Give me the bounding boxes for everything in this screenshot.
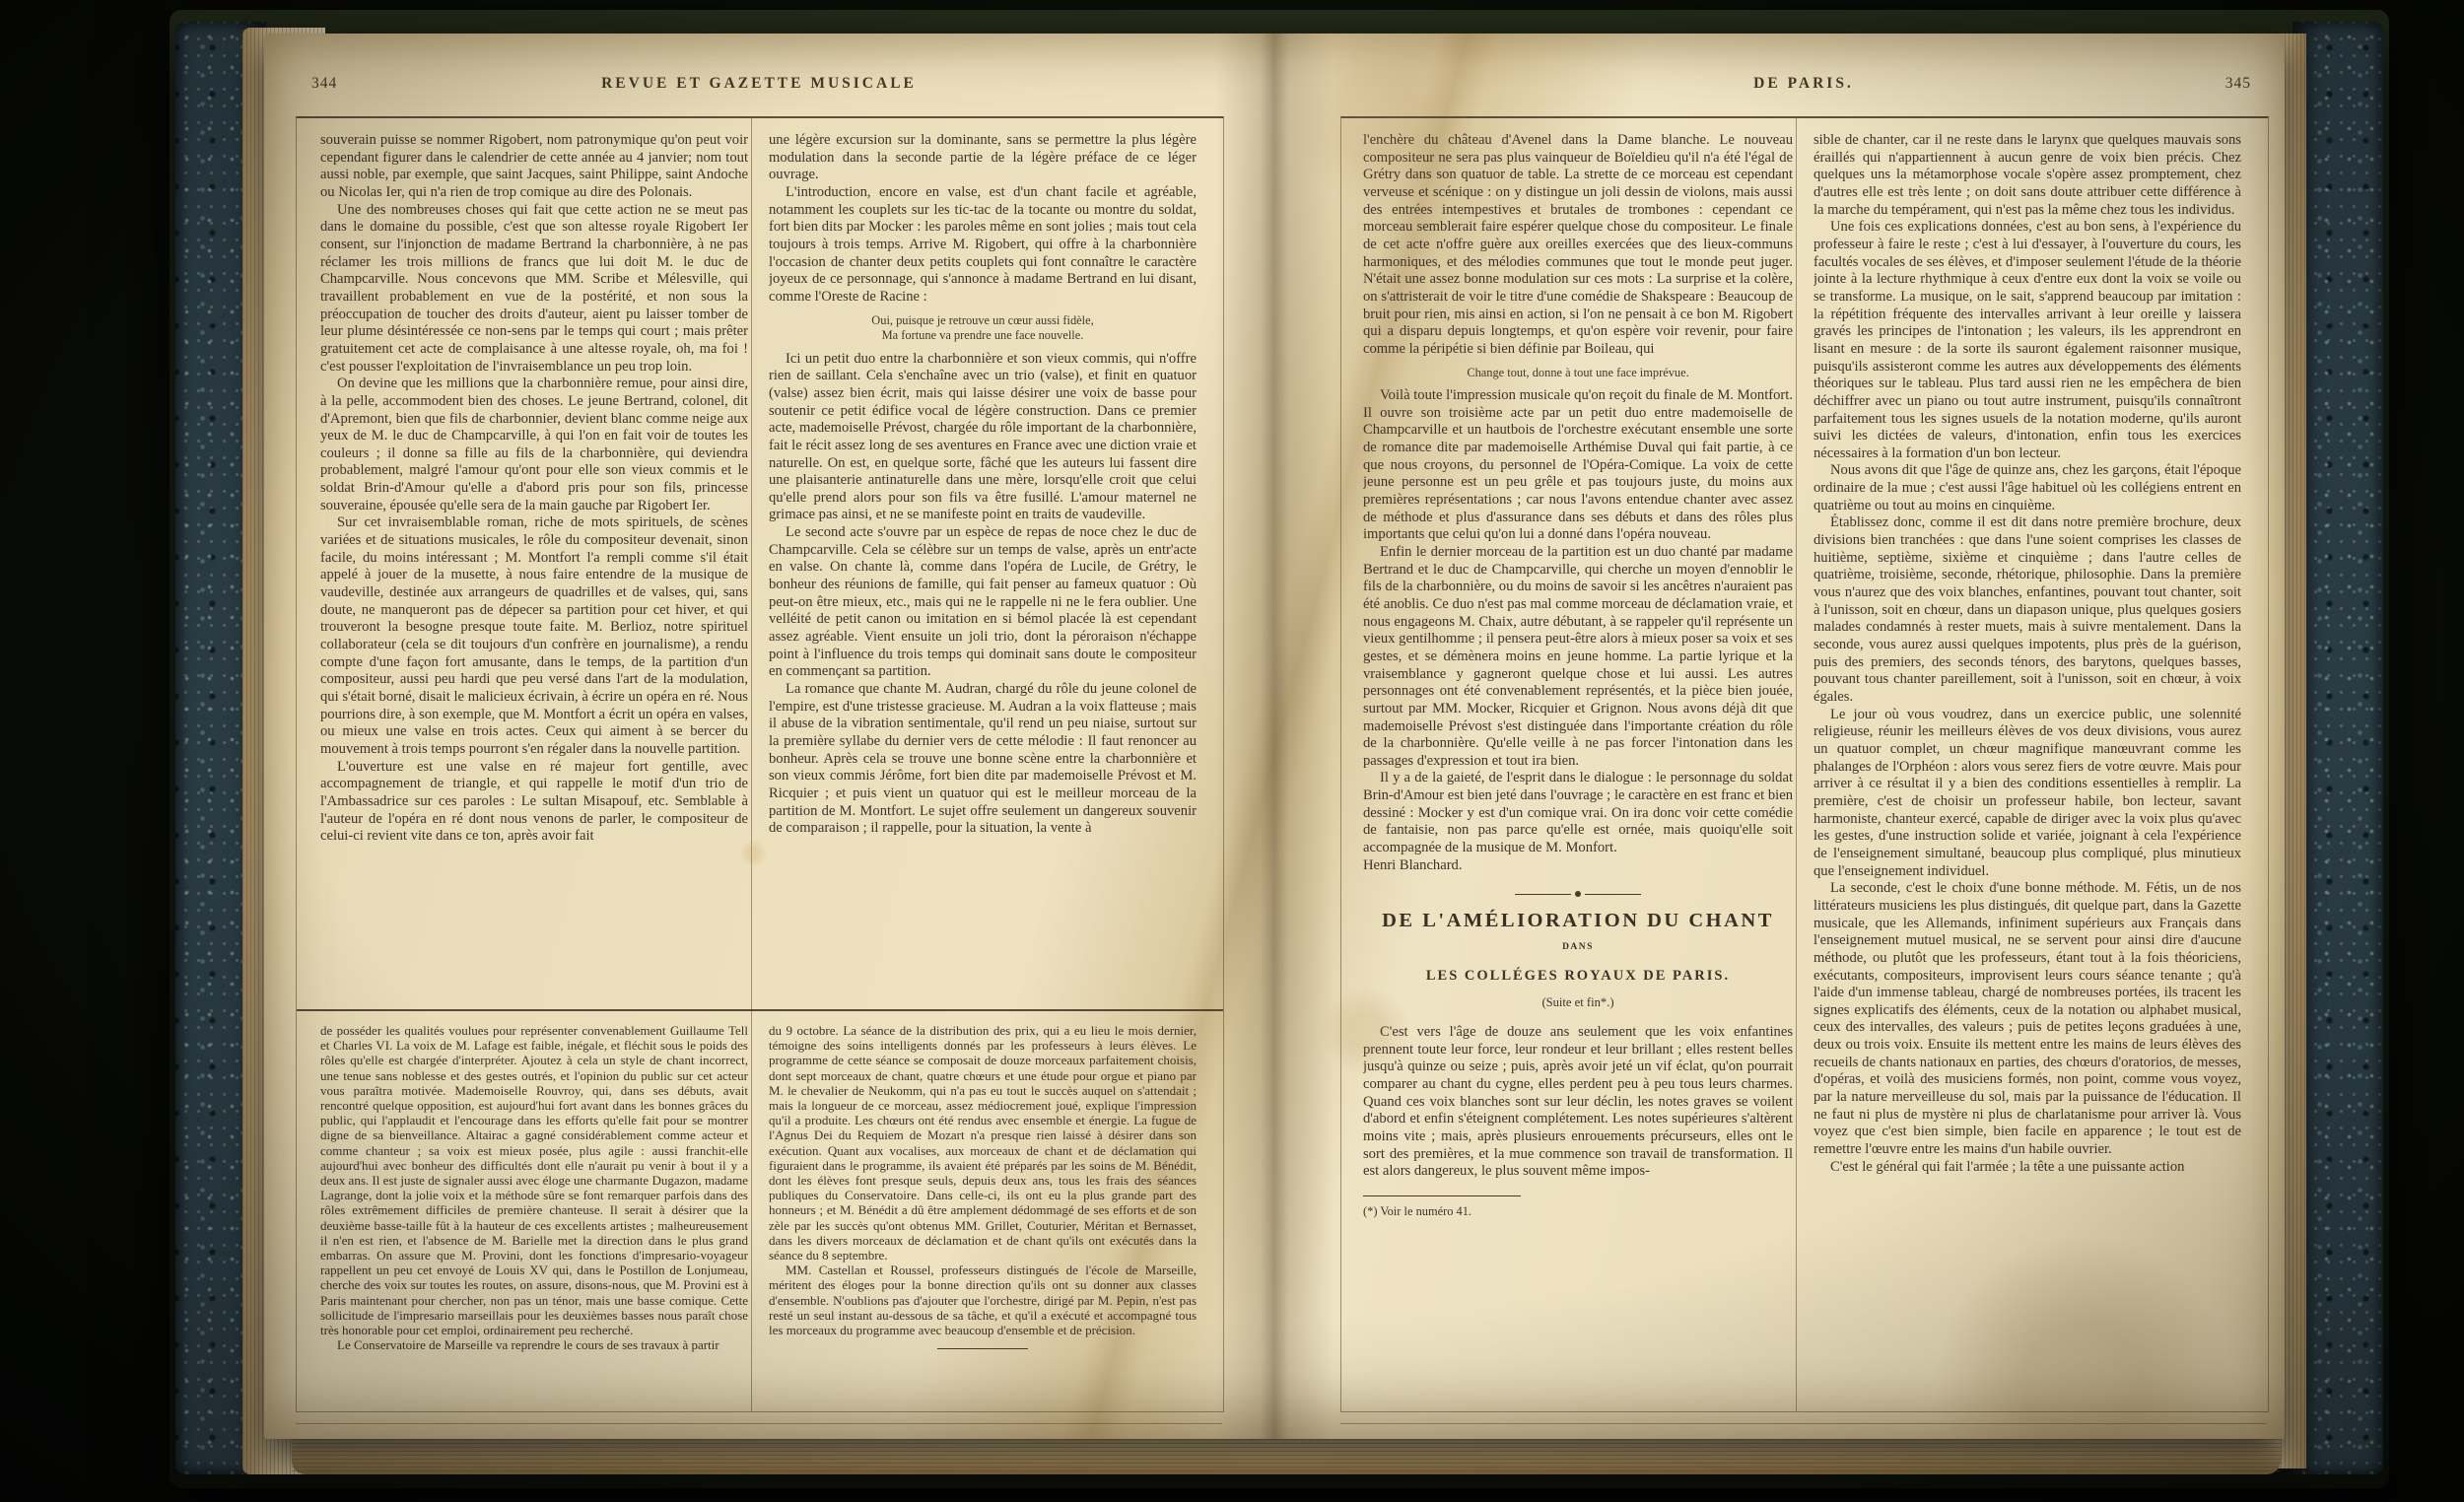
paragraph: Il y a de la gaieté, de l'esprit dans le… bbox=[1363, 770, 1793, 856]
paragraph: Voilà toute l'impression musicale qu'on … bbox=[1363, 387, 1793, 544]
paragraph: souverain puisse se nommer Rigobert, nom… bbox=[320, 132, 748, 202]
article-title: DE L'AMÉLIORATION DU CHANT bbox=[1363, 913, 1793, 930]
left-page-column-2: une légère excursion sur la dominante, s… bbox=[769, 132, 1197, 1009]
running-head-right: DE PARIS. bbox=[1340, 75, 2267, 93]
article-continuation-note: (Suite et fin*.) bbox=[1363, 994, 1793, 1012]
running-head-left: REVUE ET GAZETTE MUSICALE bbox=[296, 75, 1222, 93]
paragraph: La seconde, c'est le choix d'une bonne m… bbox=[1814, 880, 2241, 1159]
photo-background: 344 REVUE ET GAZETTE MUSICALE souverain … bbox=[0, 0, 2464, 1502]
right-page-column-2: sible de chanter, car il ne reste dans l… bbox=[1814, 132, 2241, 1405]
paragraph: Établissez donc, comme il est dit dans n… bbox=[1814, 514, 2241, 706]
news-column-2: du 9 octobre. La séance de la distributi… bbox=[769, 1023, 1197, 1398]
page-bottom-rule-left bbox=[296, 1423, 1222, 1424]
paragraph: Le Conservatoire de Marseille va reprend… bbox=[320, 1337, 748, 1352]
article-subtitle: LES COLLÉGES ROYAUX DE PARIS. bbox=[1363, 968, 1793, 986]
divider-dot-ornament bbox=[1575, 891, 1581, 897]
verse-line: Ma fortune va prendre une face nouvelle. bbox=[769, 328, 1197, 344]
paragraph: l'enchère du château d'Avenel dans la Da… bbox=[1363, 132, 1793, 359]
news-column-1: de posséder les qualités voulues pour re… bbox=[320, 1023, 748, 1398]
news-section-rule bbox=[297, 1009, 1223, 1011]
paragraph: C'est vers l'âge de douze ans seulement … bbox=[1363, 1024, 1793, 1181]
column-divider-rule-right bbox=[1796, 118, 1797, 1411]
book-gutter-shadow bbox=[1215, 34, 1334, 1439]
right-page-column-1: l'enchère du château d'Avenel dans la Da… bbox=[1363, 132, 1793, 1405]
paragraph: une légère excursion sur la dominante, s… bbox=[769, 132, 1197, 184]
paragraph: C'est le général qui fait l'armée ; la t… bbox=[1814, 1159, 2241, 1177]
paragraph: L'ouverture est une valse en ré majeur f… bbox=[320, 759, 748, 846]
article-subtitle-dans: DANS bbox=[1363, 939, 1793, 957]
open-book-spread: 344 REVUE ET GAZETTE MUSICALE souverain … bbox=[264, 34, 2285, 1439]
verse-line: Change tout, donne à tout une face impré… bbox=[1363, 366, 1793, 381]
paragraph: Sur cet invraisemblable roman, riche de … bbox=[320, 514, 748, 758]
divider-line bbox=[1585, 894, 1641, 895]
paragraph: Ici un petit duo entre la charbonnière e… bbox=[769, 351, 1197, 525]
verse-quote: Oui, puisque je retrouve un cœur aussi f… bbox=[769, 313, 1197, 344]
verse-line: Oui, puisque je retrouve un cœur aussi f… bbox=[769, 313, 1197, 329]
paragraph: La romance que chante M. Audran, chargé … bbox=[769, 681, 1197, 838]
page-number-right: 345 bbox=[2188, 75, 2251, 93]
paragraph: MM. Castellan et Roussel, professeurs di… bbox=[769, 1263, 1197, 1337]
paragraph: L'introduction, encore en valse, est d'u… bbox=[769, 184, 1197, 307]
paragraph: On devine que les millions que la charbo… bbox=[320, 375, 748, 514]
paragraph: Nous avons dit que l'âge de quinze ans, … bbox=[1814, 462, 2241, 514]
paragraph: Le jour où vous voudrez, dans un exercic… bbox=[1814, 707, 2241, 881]
divider-line bbox=[1515, 894, 1571, 895]
column-divider-rule-left bbox=[751, 118, 752, 1411]
paragraph: du 9 octobre. La séance de la distributi… bbox=[769, 1023, 1197, 1263]
footnote: (*) Voir le numéro 41. bbox=[1363, 1195, 1793, 1221]
verse-quote: Change tout, donne à tout une face impré… bbox=[1363, 366, 1793, 381]
author-signature: Henri Blanchard. bbox=[1363, 857, 1793, 875]
paragraph: Une fois ces explications données, c'est… bbox=[1814, 219, 2241, 462]
page-bottom-rule-right bbox=[1340, 1423, 2267, 1424]
paragraph: sible de chanter, car il ne reste dans l… bbox=[1814, 132, 2241, 219]
text-frame-left: souverain puisse se nommer Rigobert, nom… bbox=[296, 116, 1224, 1412]
paragraph: Une des nombreuses choses qui fait que c… bbox=[320, 202, 748, 376]
left-page-column-1: souverain puisse se nommer Rigobert, nom… bbox=[320, 132, 748, 1009]
end-rule bbox=[937, 1348, 1028, 1349]
section-divider-ornament bbox=[1515, 891, 1641, 897]
paragraph: Le second acte s'ouvre par un espèce de … bbox=[769, 524, 1197, 681]
text-frame-right: l'enchère du château d'Avenel dans la Da… bbox=[1340, 116, 2269, 1412]
paragraph: de posséder les qualités voulues pour re… bbox=[320, 1023, 748, 1337]
paragraph: Enfin le dernier morceau de la partition… bbox=[1363, 544, 1793, 771]
